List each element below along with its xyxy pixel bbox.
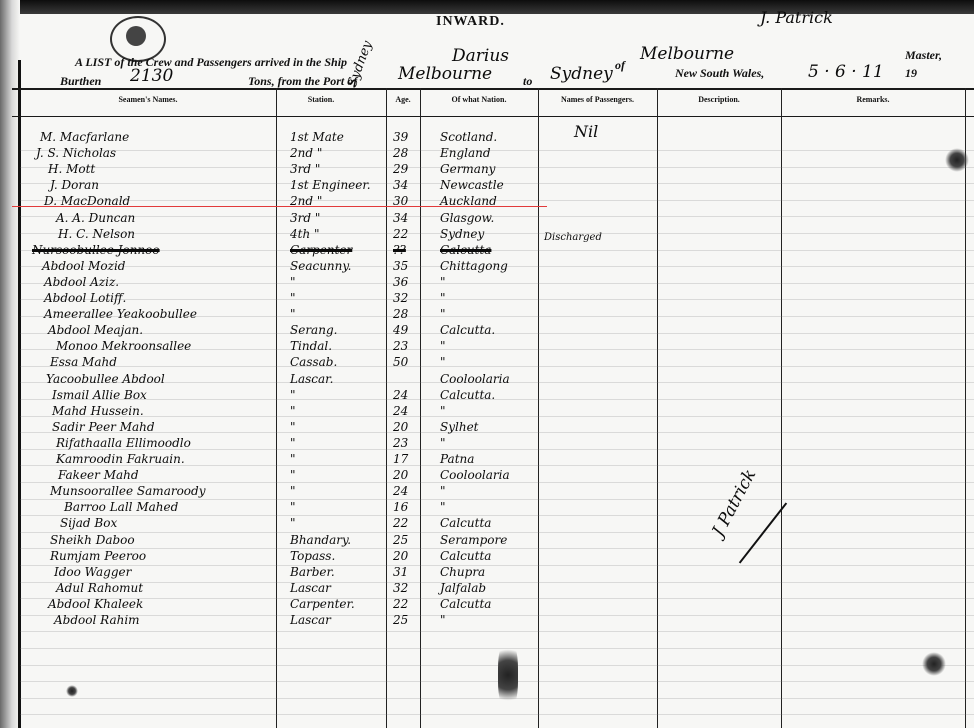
- age: 20: [393, 468, 408, 482]
- nation: ": [440, 404, 446, 418]
- seaman-name: Kamroodin Fakruain.: [56, 452, 185, 466]
- seaman-name: Abdool Meajan.: [48, 323, 143, 337]
- station: ": [290, 484, 296, 498]
- crew-row: Ameerallee Yeakoobullee"28": [0, 307, 540, 324]
- nation: Jalfalab: [440, 581, 486, 595]
- seaman-name: Fakeer Mahd: [58, 468, 139, 482]
- crew-row: Rifathaalla Ellimoodlo"23": [0, 436, 540, 453]
- year-prefix: 19: [905, 66, 917, 81]
- seaman-name: Sheikh Daboo: [50, 533, 135, 547]
- station: Cassab.: [290, 355, 337, 369]
- port-of-registry: Melbourne: [640, 44, 734, 64]
- age: 16: [393, 500, 408, 514]
- station: ": [290, 307, 296, 321]
- station: Barber.: [290, 565, 335, 579]
- seaman-name: D. MacDonald: [44, 194, 130, 208]
- seaman-name: Abdool Lotiff.: [44, 291, 126, 305]
- station: 4th ": [290, 227, 320, 241]
- nation: Patna: [440, 452, 474, 466]
- nation: Sylhet: [440, 420, 479, 434]
- crew-row: A. A. Duncan3rd "34Glasgow.: [0, 211, 540, 228]
- nation: Cooloolaria: [440, 468, 510, 482]
- ruled-line: [20, 681, 974, 682]
- crew-row: Abdool Meajan.Serang.49Calcutta.: [0, 323, 540, 340]
- nation: ": [440, 436, 446, 450]
- crew-row: Rumjam PeerooTopass.20Calcutta: [0, 549, 540, 566]
- age: 39: [393, 130, 408, 144]
- ship-name: Darius: [452, 46, 509, 66]
- crew-row: Munsoorallee Samaroody"24": [0, 484, 540, 501]
- age: ??: [393, 243, 406, 257]
- seaman-name: M. Macfarlane: [40, 130, 129, 144]
- col-divider-remarks: [781, 88, 782, 728]
- list-intro-label: A LIST of the Crew and Passengers arrive…: [75, 55, 347, 70]
- age: 20: [393, 420, 408, 434]
- station: Lascar: [290, 613, 331, 627]
- station: Serang.: [290, 323, 337, 337]
- col-header-age: Age.: [386, 95, 420, 104]
- crew-row: Sijad Box"22Calcutta: [0, 516, 540, 533]
- age: 34: [393, 211, 408, 225]
- of-label: of: [615, 58, 625, 73]
- burthen-value: 2130: [130, 66, 173, 86]
- age: 32: [393, 291, 408, 305]
- nation: ": [440, 291, 446, 305]
- station: ": [290, 468, 296, 482]
- ink-blot: [922, 652, 946, 676]
- age: 22: [393, 516, 408, 530]
- col-header-description: Description.: [657, 95, 781, 104]
- station: Bhandary.: [290, 533, 351, 547]
- age: 34: [393, 178, 408, 192]
- seaman-name: Nursoobullee Jonnoo: [32, 243, 160, 257]
- crew-row: H. Mott3rd "29Germany: [0, 162, 540, 179]
- age: 32: [393, 581, 408, 595]
- header-top-rule: [12, 88, 974, 90]
- age: 24: [393, 404, 408, 418]
- header-bottom-rule: [12, 116, 974, 117]
- station: Lascar.: [290, 372, 333, 386]
- arrival-date: 5 · 6 · 11: [808, 62, 884, 82]
- passengers-nil: Nil: [574, 122, 598, 141]
- station: 2nd ": [290, 146, 322, 160]
- seaman-name: Rifathaalla Ellimoodlo: [56, 436, 191, 450]
- seaman-name: Sadir Peer Mahd: [52, 420, 155, 434]
- to-label: to: [523, 74, 532, 89]
- seaman-name: Abdool Khaleek: [48, 597, 143, 611]
- ruled-line: [20, 714, 974, 715]
- age: 22: [393, 227, 408, 241]
- crew-row: Mahd Hussein."24": [0, 404, 540, 421]
- station: Carpenter: [290, 243, 352, 257]
- crew-row: Abdool RahimLascar25": [0, 613, 540, 630]
- crew-row: Ismail Allie Box"24Calcutta.: [0, 388, 540, 405]
- station: ": [290, 420, 296, 434]
- age: 25: [393, 533, 408, 547]
- crew-row: J. Doran1st Engineer.34Newcastle: [0, 178, 540, 195]
- burthen-label: Burthen: [60, 74, 101, 89]
- seaman-name: Ameerallee Yeakoobullee: [44, 307, 197, 321]
- nation: ": [440, 275, 446, 289]
- station: Lascar: [290, 581, 331, 595]
- margin-signature: Sydney: [345, 39, 376, 89]
- nation: Newcastle: [440, 178, 504, 192]
- seaman-name: Barroo Lall Mahed: [64, 500, 178, 514]
- crew-row: Fakeer Mahd"20Cooloolaria: [0, 468, 540, 485]
- seaman-name: Essa Mahd: [50, 355, 117, 369]
- station: 3rd ": [290, 211, 320, 225]
- ruled-line: [20, 665, 974, 666]
- seaman-name: Adul Rahomut: [56, 581, 143, 595]
- seaman-name: Yacoobullee Abdool: [46, 372, 165, 386]
- nation: ": [440, 339, 446, 353]
- crew-row: Abdool Aziz."36": [0, 275, 540, 292]
- to-port: Sydney: [550, 64, 613, 84]
- passengers-struck-note: Discharged: [544, 232, 602, 243]
- crew-row: M. Macfarlane1st Mate39Scotland.: [0, 130, 540, 147]
- seaman-name: Rumjam Peeroo: [50, 549, 146, 563]
- col-header-passengers: Names of Passengers.: [538, 95, 657, 104]
- ink-blot: [498, 640, 518, 710]
- col-header-names: Seamen's Names.: [20, 95, 276, 104]
- age: 20: [393, 549, 408, 563]
- state-label: New South Wales,: [675, 66, 764, 81]
- seaman-name: H. C. Nelson: [58, 227, 135, 241]
- station: Carpenter.: [290, 597, 355, 611]
- nation: Calcutta: [440, 549, 491, 563]
- age: 17: [393, 452, 408, 466]
- station: ": [290, 436, 296, 450]
- seaman-name: A. A. Duncan: [56, 211, 135, 225]
- crew-row: Abdool Lotiff."32": [0, 291, 540, 308]
- nation: Auckland: [440, 194, 497, 208]
- crew-row: Adul RahomutLascar32Jalfalab: [0, 581, 540, 598]
- seaman-name: Monoo Mekroonsallee: [56, 339, 191, 353]
- age: 36: [393, 275, 408, 289]
- seaman-name: Abdool Mozid: [42, 259, 125, 273]
- seaman-name: Munsoorallee Samaroody: [50, 484, 206, 498]
- crew-row: Barroo Lall Mahed"16": [0, 500, 540, 517]
- nation: Calcutta.: [440, 388, 495, 402]
- document-heading: INWARD.: [436, 14, 505, 30]
- manifest-page: INWARD. J. Patrick A LIST of the Crew an…: [0, 0, 974, 728]
- nation: Serampore: [440, 533, 507, 547]
- nation: Calcutta: [440, 516, 491, 530]
- nation: ": [440, 484, 446, 498]
- seaman-name: J. S. Nicholas: [36, 146, 116, 160]
- age: 35: [393, 259, 408, 273]
- station: ": [290, 500, 296, 514]
- nation: ": [440, 613, 446, 627]
- age: 22: [393, 597, 408, 611]
- ruled-line: [20, 648, 974, 649]
- nation: Sydney: [440, 227, 484, 241]
- station: 1st Mate: [290, 130, 344, 144]
- age: 25: [393, 613, 408, 627]
- crew-row: Yacoobullee AbdoolLascar.Cooloolaria: [0, 372, 540, 389]
- signature-flourish: [739, 502, 787, 563]
- ink-blot: [66, 685, 78, 697]
- nation: England: [440, 146, 491, 160]
- crew-row: Essa MahdCassab.50": [0, 355, 540, 372]
- from-port: Melbourne: [398, 64, 492, 84]
- crew-row: Idoo WaggerBarber.31Chupra: [0, 565, 540, 582]
- nation: Chittagong: [440, 259, 508, 273]
- age: 49: [393, 323, 408, 337]
- station: 2nd ": [290, 194, 322, 208]
- station: ": [290, 404, 296, 418]
- nation: Chupra: [440, 565, 485, 579]
- col-divider-description: [657, 88, 658, 728]
- station: Tindal.: [290, 339, 332, 353]
- crew-row: Sadir Peer Mahd"20Sylhet: [0, 420, 540, 437]
- seaman-name: Abdool Aziz.: [44, 275, 119, 289]
- seaman-name: Idoo Wagger: [54, 565, 131, 579]
- age: 50: [393, 355, 408, 369]
- crew-row: D. MacDonald2nd "30Auckland: [0, 194, 540, 211]
- seaman-name: Abdool Rahim: [54, 613, 140, 627]
- crew-row: Sheikh DabooBhandary.25Serampore: [0, 533, 540, 550]
- age: 28: [393, 307, 408, 321]
- age: 31: [393, 565, 408, 579]
- crew-row: J. S. Nicholas2nd "28England: [0, 146, 540, 163]
- nation: Scotland.: [440, 130, 497, 144]
- age: 24: [393, 484, 408, 498]
- nation: Calcutta: [440, 597, 491, 611]
- master-signature: J Patrick: [708, 466, 760, 540]
- col-divider-right: [965, 88, 966, 728]
- nation: Calcutta: [440, 243, 491, 257]
- crew-row: Kamroodin Fakruain."17Patna: [0, 452, 540, 469]
- age: 23: [393, 436, 408, 450]
- age: 30: [393, 194, 408, 208]
- nation: Glasgow.: [440, 211, 494, 225]
- age: 24: [393, 388, 408, 402]
- crew-row: Monoo MekroonsalleeTindal.23": [0, 339, 540, 356]
- col-header-station: Station.: [276, 95, 366, 104]
- master-label: Master,: [905, 48, 942, 63]
- station: ": [290, 516, 296, 530]
- nation: ": [440, 500, 446, 514]
- ink-blot: [945, 148, 969, 172]
- nation: Calcutta.: [440, 323, 495, 337]
- station: Seacunny.: [290, 259, 351, 273]
- age: 29: [393, 162, 408, 176]
- col-header-nation: Of what Nation.: [420, 95, 538, 104]
- station: ": [290, 452, 296, 466]
- station: Topass.: [290, 549, 335, 563]
- tons-from-label: Tons, from the Port of: [248, 74, 357, 89]
- master-name: J. Patrick: [760, 8, 833, 27]
- col-header-remarks: Remarks.: [781, 95, 965, 104]
- seaman-name: Ismail Allie Box: [52, 388, 147, 402]
- crew-row: Nursoobullee JonnooCarpenter??Calcutta: [0, 243, 540, 260]
- nation: Cooloolaria: [440, 372, 510, 386]
- station: ": [290, 275, 296, 289]
- crew-row: Abdool KhaleekCarpenter.22Calcutta: [0, 597, 540, 614]
- station: ": [290, 388, 296, 402]
- age: 28: [393, 146, 408, 160]
- crew-row: Abdool MozidSeacunny.35Chittagong: [0, 259, 540, 276]
- seaman-name: J. Doran: [50, 178, 99, 192]
- seaman-name: H. Mott: [48, 162, 95, 176]
- ruled-line: [20, 631, 974, 632]
- station: 1st Engineer.: [290, 178, 371, 192]
- nation: Germany: [440, 162, 495, 176]
- seaman-name: Sijad Box: [60, 516, 117, 530]
- nation: ": [440, 307, 446, 321]
- ruled-line: [20, 698, 974, 699]
- crew-row: H. C. Nelson4th "22Sydney: [0, 227, 540, 244]
- station: ": [290, 291, 296, 305]
- seaman-name: Mahd Hussein.: [52, 404, 144, 418]
- station: 3rd ": [290, 162, 320, 176]
- age: 23: [393, 339, 408, 353]
- nation: ": [440, 355, 446, 369]
